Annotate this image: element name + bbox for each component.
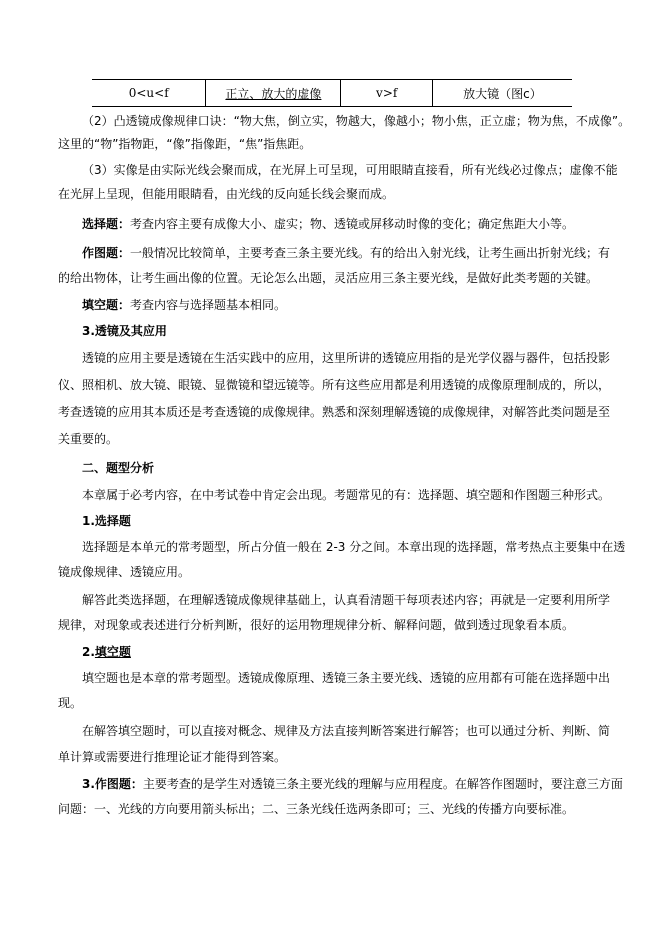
lens-rule-table: 0<u<f 正立、放大的虚像 v>f 放大镜（图c） [92, 79, 572, 107]
paragraph-drawing-line2: 的给出物体，让考生画出像的位置。无论怎么出题，灵活应用三条主要光线，是做好此类考… [58, 270, 618, 286]
table-cell-image-nature: 正立、放大的虚像 [206, 80, 341, 107]
drawing-label: 作图题： [82, 246, 130, 260]
section-heading-lens-application: 3.透镜及其应用 [82, 323, 642, 339]
paragraph-lens-app-line3: 考查透镜的应用其本质还是考查透镜的成像规律。熟悉和深刻理解透镜的成像规律，对解答… [58, 404, 618, 420]
paragraph-real-image-line1: （3）实像是由实际光线会聚而成，在光屏上可呈现，可用眼睛直接看，所有光线必过像点… [82, 162, 642, 178]
subheading-choice: 1.选择题 [82, 513, 642, 529]
choice-text: 考查内容主要有成像大小、虚实；物、透镜或屏移动时像的变化；确定焦距大小等。 [130, 217, 574, 231]
paragraph-drawing-line1: 作图题：一般情况比较简单，主要考查三条主要光线。有的给出入射光线，让考生画出折射… [82, 245, 642, 261]
choice-label: 选择题： [82, 217, 130, 231]
subheading-fill: 2.填空题 [82, 644, 642, 660]
paragraph-analysis-intro: 本章属于必考内容，在中考试卷中肯定会出现。考题常见的有：选择题、填空题和作图题三… [82, 487, 642, 503]
drawing-text: 一般情况比较简单，主要考查三条主要光线。有的给出入射光线，让考生画出折射光线；有 [130, 246, 610, 260]
paragraph-fill: 填空题：考查内容与选择题基本相同。 [82, 297, 642, 313]
paragraph-drawing-q-line1: 3.作图题：主要考查的是学生对透镜三条主要光线的理解与应用程度。在解答作图题时，… [82, 776, 642, 792]
paragraph-drawing-q-line2: 问题：一、光线的方向要用箭头标出；二、三条光线任选两条即可；三、光线的传播方向要… [58, 801, 618, 817]
table-row: 0<u<f 正立、放大的虚像 v>f 放大镜（图c） [92, 80, 572, 107]
fill-text: 考查内容与选择题基本相同。 [130, 298, 286, 312]
paragraph-choice: 选择题：考查内容主要有成像大小、虚实；物、透镜或屏移动时像的变化；确定焦距大小等… [82, 216, 642, 232]
paragraph-lens-app-line1: 透镜的应用主要是透镜在生活实践中的应用，这里所讲的透镜应用指的是光学仪器与器件，… [82, 350, 642, 366]
table-cell-application: 放大镜（图c） [432, 80, 572, 107]
paragraph-mnemonic-line2: 这里的“物”指物距，“像”指像距，“焦”指焦距。 [58, 136, 618, 152]
paragraph-choice-p1-line2: 镜成像规律、透镜应用。 [58, 564, 618, 580]
paragraph-fill-p2-line1: 在解答填空题时，可以直接对概念、规律及方法直接判断答案进行解答；也可以通过分析、… [82, 723, 642, 739]
paragraph-choice-p1-line1: 选择题是本单元的常考题型，所占分值一般在 2-3 分之间。本章出现的选择题，常考… [82, 539, 642, 555]
paragraph-choice-p2-line2: 规律，对现象或表述进行分析判断，很好的运用物理规律分析、解释问题，做到透过现象看… [58, 617, 618, 633]
paragraph-fill-p1-line1: 填空题也是本章的常考题型。透镜成像原理、透镜三条主要光线、透镜的应用都有可能在选… [82, 670, 642, 686]
drawing-q-text: 主要考查的是学生对透镜三条主要光线的理解与应用程度。在解答作图题时，要注意三方面 [143, 777, 623, 791]
document-page: 0<u<f 正立、放大的虚像 v>f 放大镜（图c） （2）凸透镜成像规律口诀：… [0, 0, 661, 935]
table-cell-object-distance: 0<u<f [92, 80, 206, 107]
subheading-fill-number: 2. [82, 645, 95, 659]
paragraph-fill-p1-line2: 现。 [58, 695, 618, 711]
paragraph-choice-p2-line1: 解答此类选择题，在理解透镜成像规律基础上，认真看清题干每项表述内容；再就是一定要… [82, 592, 642, 608]
subheading-fill-text: 填空题 [95, 645, 131, 659]
section-heading-question-analysis: 二、题型分析 [82, 460, 642, 476]
paragraph-real-image-line2: 在光屏上呈现，但能用眼睛看，由光线的反向延长线会聚而成。 [58, 186, 618, 202]
fill-label: 填空题： [82, 298, 130, 312]
paragraph-mnemonic-line1: （2）凸透镜成像规律口诀：“物大焦，倒立实，物越大，像越小；物小焦，正立虚；物为… [82, 113, 642, 129]
table-cell-image-distance: v>f [341, 80, 432, 107]
paragraph-lens-app-line4: 关重要的。 [58, 431, 618, 447]
paragraph-fill-p2-line2: 单计算或需要进行推理论证才能得到答案。 [58, 749, 618, 765]
drawing-q-label: 3.作图题： [82, 777, 143, 791]
paragraph-lens-app-line2: 仪、照相机、放大镜、眼镜、显微镜和望远镜等。所有这些应用都是利用透镜的成像原理制… [58, 377, 618, 393]
